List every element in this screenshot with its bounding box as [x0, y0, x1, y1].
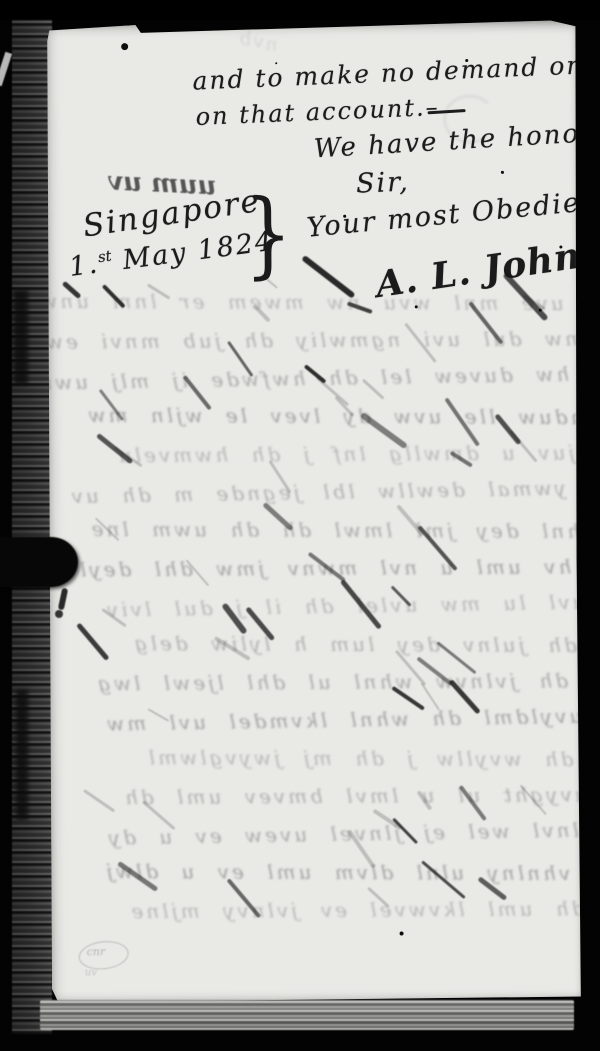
scanned-manuscript-photo: nvb and to make no demand on the on that…	[0, 0, 600, 1051]
bleedthrough-line: uvyght ul u lmvl bmvev uml dh	[83, 782, 583, 809]
ink-speck	[400, 931, 404, 935]
bleedthrough-line: uve mnl wvu nw mwem er lnm unwde	[59, 289, 564, 315]
bleedthrough-layer: uve mnl wvu nw mwem er lnm unwdenw dul u…	[45, 20, 577, 23]
ink-speck	[559, 245, 562, 248]
pencil-note: cnr	[87, 945, 106, 958]
letter-line-1: and to make no demand on the	[192, 48, 583, 95]
scan-background-top	[0, 0, 600, 20]
bleedthrough-line: dh uml lkvwvel ev jvlnvy mjlne	[79, 896, 583, 923]
letter-line-2: on that account.–	[195, 93, 440, 131]
bleedthrough-line: dh julnv dey lum h lyliw delg	[72, 631, 577, 657]
bleedthrough-line: uvyldml dh whnl lkvmdel uvl mw	[77, 704, 582, 736]
clasp-ink-blob	[55, 610, 63, 618]
ink-speck	[121, 43, 128, 50]
bleedthrough-line: uvl lu mw uvlel dh il j dul lviv	[80, 590, 583, 622]
manuscript-page: nvb and to make no demand on the on that…	[45, 20, 583, 1003]
fore-edge-smudge	[16, 690, 28, 820]
binding-clasp	[0, 537, 78, 587]
ghost-header-mark: nvb	[235, 26, 280, 56]
ink-speck	[501, 171, 504, 174]
bleedthrough-line: ywmal dewllw lbl jegnde m dh uv	[61, 476, 566, 508]
salutation: Sir,	[355, 166, 410, 199]
bleedthrough-line: hnl dey jml lmwl dh dh uwm lne	[75, 517, 580, 543]
heavy-bleedthrough-scrawl: uum uv	[107, 166, 217, 201]
date-day: 1.	[67, 248, 100, 283]
page-stack-bottom-edge	[40, 1000, 574, 1030]
ink-texture-layer	[45, 20, 577, 23]
scan-glare-sliver	[0, 52, 12, 86]
ink-speck	[539, 309, 542, 312]
ink-speck	[465, 59, 468, 62]
book-fore-edge	[12, 20, 52, 1034]
ink-speck	[343, 215, 346, 218]
fore-edge-smudge	[14, 290, 28, 385]
bleedthrough-line: juv u dmwllg lnf j dh hwmvelu	[70, 440, 575, 467]
ink-speck	[415, 305, 418, 308]
dateline-brace: }	[244, 190, 292, 280]
bleedthrough-line: dh jvlnvw whnl ul dhl ljewl lwg	[63, 668, 568, 695]
closing-line: Your most Obedient S	[305, 181, 583, 243]
bleedthrough-line: lnvl wel ej jlnvel uvew ev u dy	[74, 818, 579, 850]
ink-speck	[275, 62, 277, 64]
pencil-note-2: uv	[85, 967, 97, 978]
bleedthrough-line: dh wvyllw j dh mj jwyvglwml	[68, 745, 573, 771]
